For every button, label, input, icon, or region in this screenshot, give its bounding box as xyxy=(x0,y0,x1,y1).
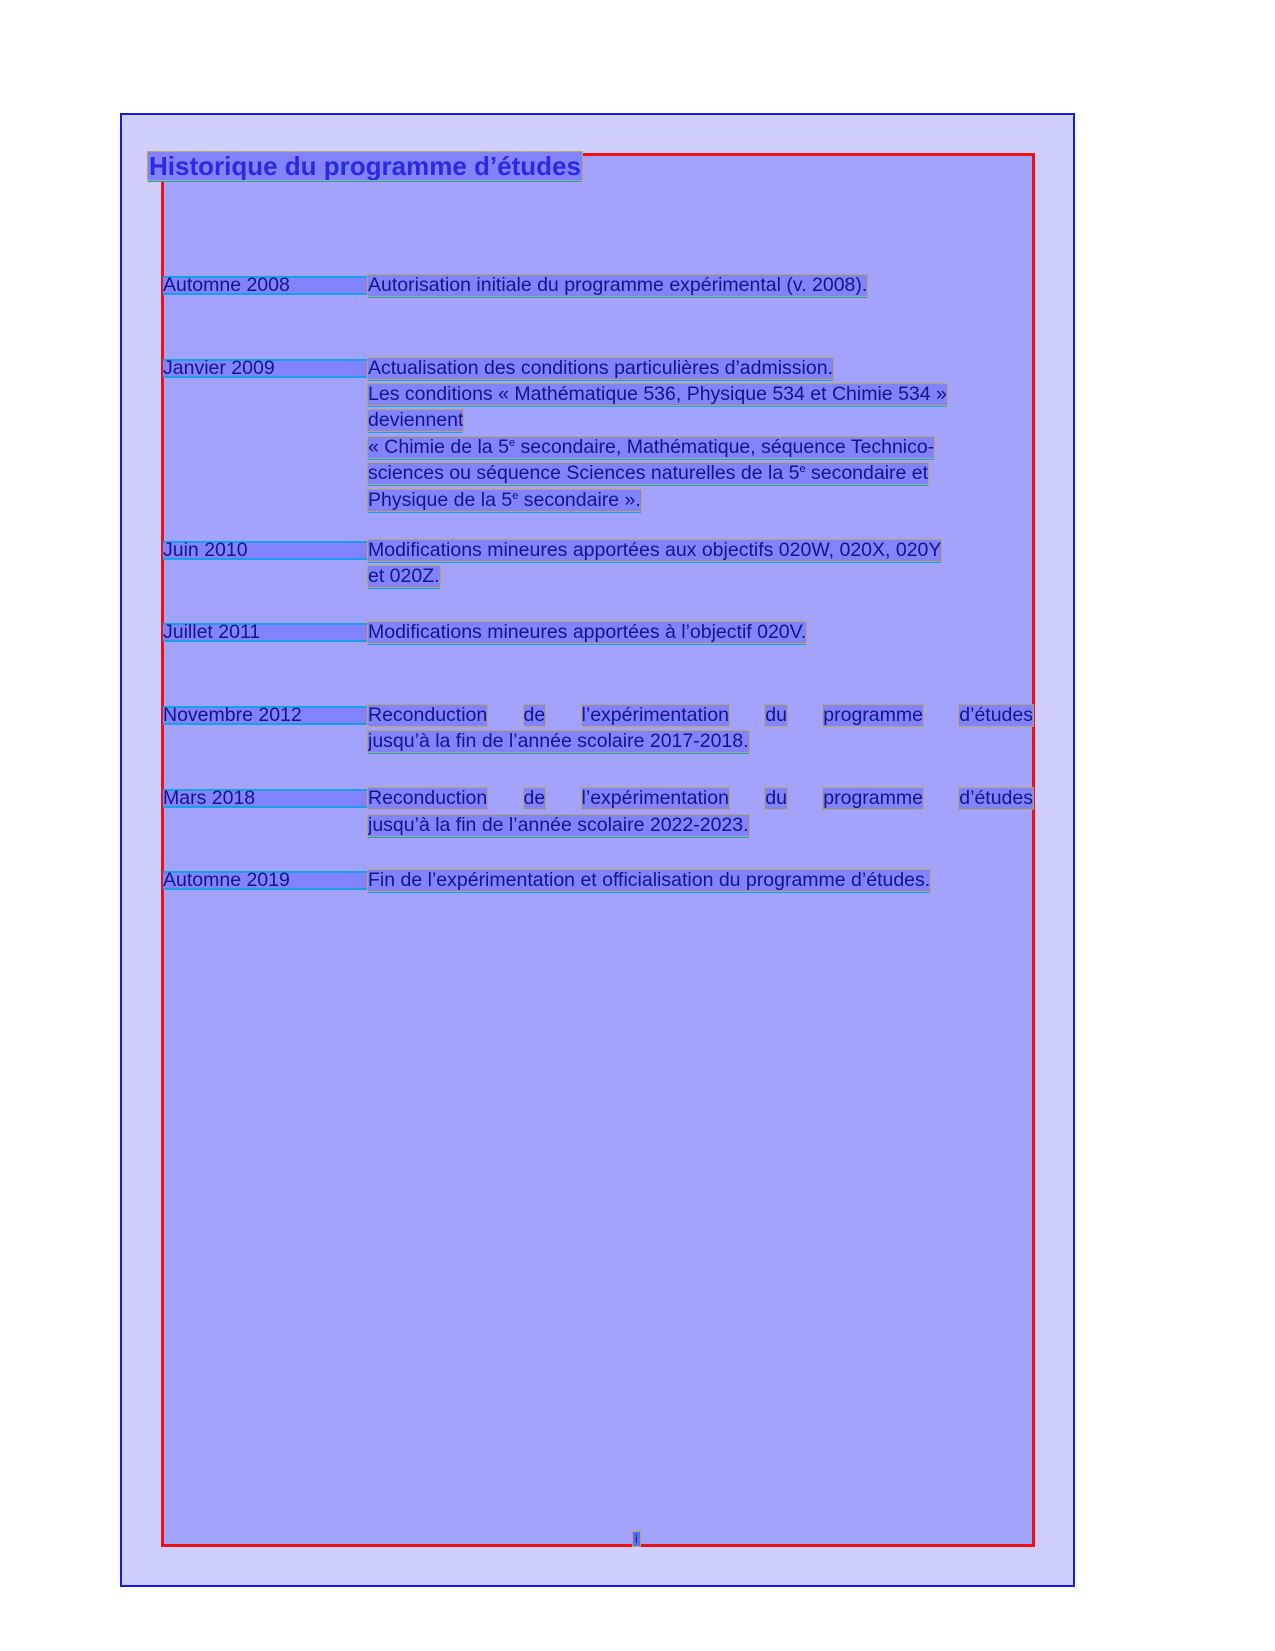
entry-description: Actualisation des conditions particulièr… xyxy=(368,358,833,379)
entry-description: Reconductiondel’expérimentationduprogram… xyxy=(368,705,1033,726)
entry-description: Modifications mineures apportées à l’obj… xyxy=(368,622,806,643)
entry-date: Juillet 2011 xyxy=(163,622,260,643)
entry-description: jusqu’à la fin de l’année scolaire 2022-… xyxy=(368,815,749,836)
entry-date: Novembre 2012 xyxy=(163,705,302,726)
entry-date: Automne 2019 xyxy=(163,870,290,891)
entry-date: Automne 2008 xyxy=(163,275,290,296)
entry-description: jusqu’à la fin de l’année scolaire 2017-… xyxy=(368,731,749,752)
entry-description: deviennent xyxy=(368,410,463,431)
entry-date: Juin 2010 xyxy=(163,540,248,561)
entry-description: Reconductiondel’expérimentationduprogram… xyxy=(368,788,1033,809)
entry-description: Physique de la 5e secondaire ». xyxy=(368,490,641,511)
entry-description: Fin de l’expérimentation et officialisat… xyxy=(368,870,930,891)
entry-description: Autorisation initiale du programme expér… xyxy=(368,275,867,296)
entry-date: Janvier 2009 xyxy=(163,358,275,379)
entry-date: Mars 2018 xyxy=(163,788,255,809)
page-title: Historique du programme d’études xyxy=(148,152,582,180)
entry-description: et 020Z. xyxy=(368,566,440,587)
entry-description: sciences ou séquence Sciences naturelles… xyxy=(368,463,928,484)
entry-description: « Chimie de la 5e secondaire, Mathématiq… xyxy=(368,437,934,458)
page-number: i xyxy=(633,1532,640,1546)
entry-description: Modifications mineures apportées aux obj… xyxy=(368,540,941,561)
entry-description: Les conditions « Mathématique 536, Physi… xyxy=(368,384,947,405)
